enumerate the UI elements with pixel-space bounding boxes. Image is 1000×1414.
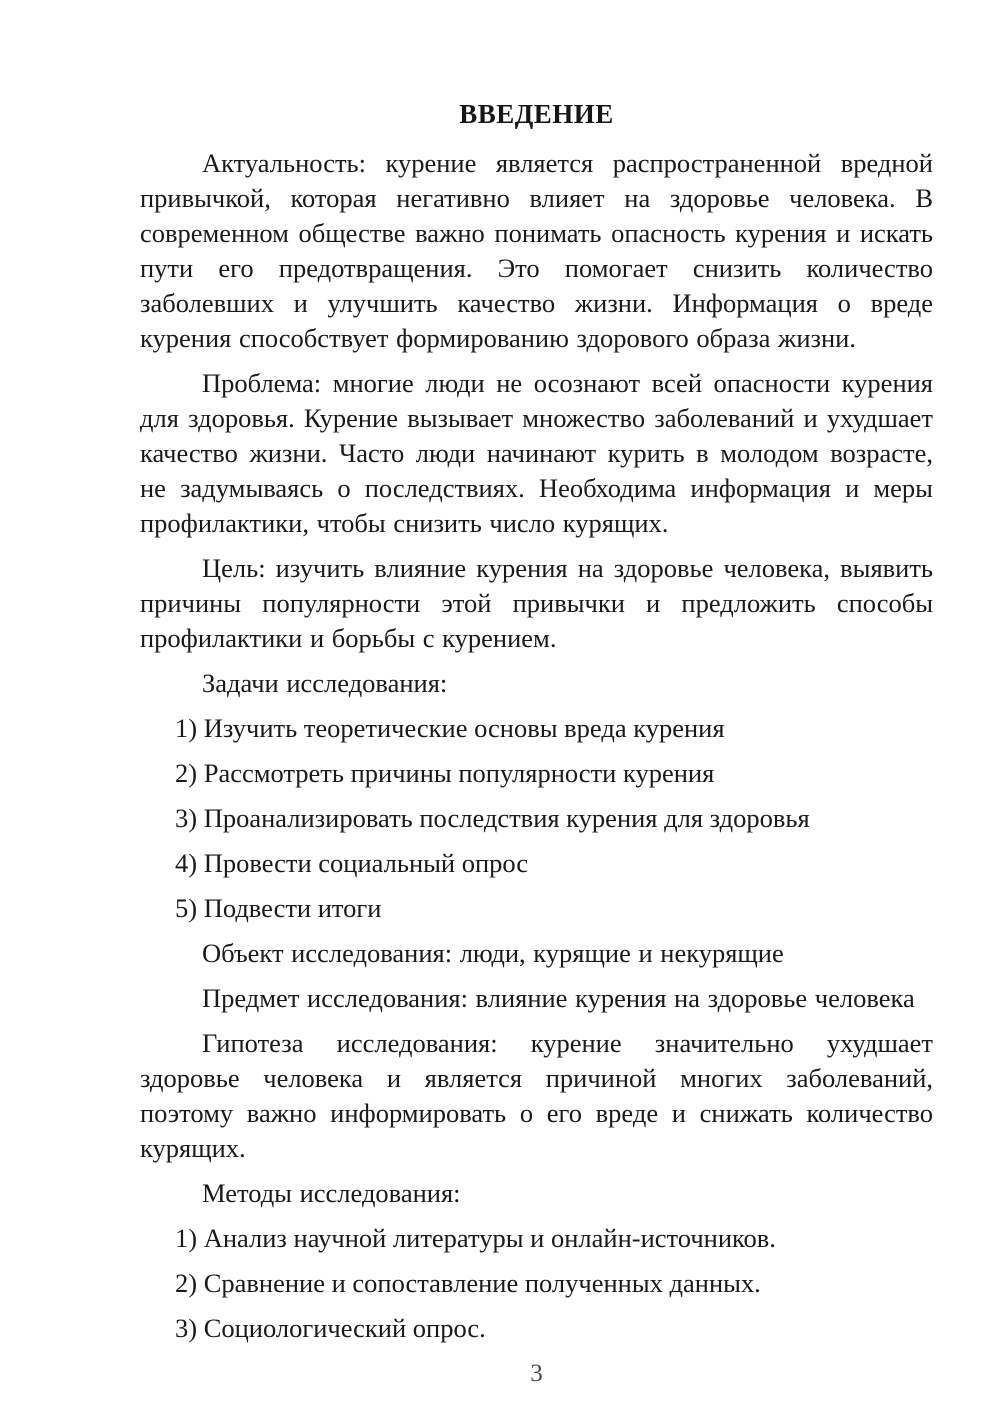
methods-list-item-1: 1) Анализ научной литературы и онлайн-ис… bbox=[140, 1221, 933, 1256]
tasks-heading: Задачи исследования: bbox=[140, 666, 933, 701]
paragraph-hypothesis: Гипотеза исследования: курение значитель… bbox=[140, 1026, 933, 1166]
methods-list-item-2: 2) Сравнение и сопоставление полученных … bbox=[140, 1266, 933, 1301]
methods-heading: Методы исследования: bbox=[140, 1176, 933, 1211]
tasks-list-item-4: 4) Провести социальный опрос bbox=[140, 846, 933, 881]
paragraph-relevance: Актуальность: курение является распростр… bbox=[140, 146, 933, 356]
page-content: ВВЕДЕНИЕ Актуальность: курение является … bbox=[140, 97, 933, 1391]
methods-list: 1) Анализ научной литературы и онлайн-ис… bbox=[140, 1221, 933, 1346]
paragraph-goal: Цель: изучить влияние курения на здоровь… bbox=[140, 551, 933, 656]
paragraph-object: Объект исследования: люди, курящие и нек… bbox=[140, 936, 933, 971]
tasks-list-item-3: 3) Проанализировать последствия курения … bbox=[140, 801, 933, 836]
page-title: ВВЕДЕНИЕ bbox=[140, 97, 933, 132]
tasks-list-item-2: 2) Рассмотреть причины популярности куре… bbox=[140, 756, 933, 791]
tasks-list: 1) Изучить теоретические основы вреда ку… bbox=[140, 711, 933, 926]
tasks-list-item-1: 1) Изучить теоретические основы вреда ку… bbox=[140, 711, 933, 746]
tasks-list-item-5: 5) Подвести итоги bbox=[140, 891, 933, 926]
page-number: 3 bbox=[140, 1356, 933, 1391]
methods-list-item-3: 3) Социологический опрос. bbox=[140, 1311, 933, 1346]
document-page: ВВЕДЕНИЕ Актуальность: курение является … bbox=[0, 0, 1000, 1414]
paragraph-problem: Проблема: многие люди не осознают всей о… bbox=[140, 366, 933, 541]
paragraph-subject: Предмет исследования: влияние курения на… bbox=[140, 981, 933, 1016]
